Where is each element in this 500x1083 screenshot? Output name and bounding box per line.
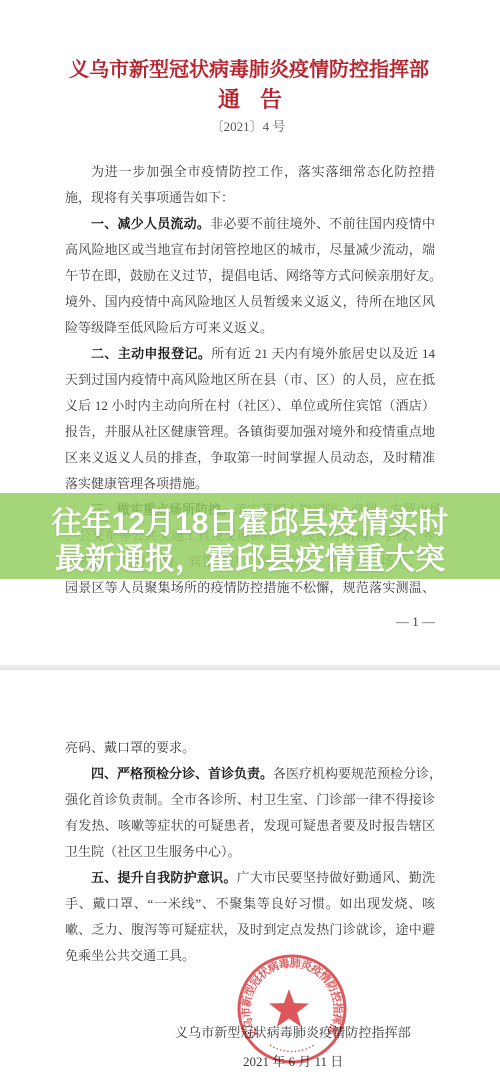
line-text: 落实健康管理各项措施。 [65,476,208,491]
line-text: 天到过国内疫情中高风险地区所在县（市、区）的人员，应在抵 [65,372,435,387]
headline-text: 往年12月18日霍邱县疫情实时 最新通报，霍邱县疫情重大突 [0,493,500,578]
official-seal: 义乌市新型冠状病毒肺炎疫情防控指挥部 [236,953,348,1065]
body-line: 义后 12 小时内主动向所在村（社区）、单位或所住宾馆（酒店） [65,393,435,419]
body-line: 手、戴口罩、“一米线”、不聚集等良好习惯。如出现发烧、咳 [65,891,435,917]
line-text: 施，现将有关事项通告如下： [65,190,234,205]
headline-banner[interactable]: 往年12月18日霍邱县疫情实时 最新通报，霍邱县疫情重大突 [0,493,500,579]
document-type-heading: 通告 [0,87,500,113]
line-text: 非必要不前往境外、不前往国内疫情中 [210,216,435,231]
body-line: 嗽、乏力、腹泻等可疑症状，及时到定点发热门诊就诊，途中避 [65,917,435,943]
body-line: 强化首诊负责制。全市各诊所、村卫生室、门诊部一律不得接诊 [65,787,435,813]
section-heading: 一、减少人员流动。 [91,216,210,231]
body-line: 一、减少人员流动。非必要不前往境外、不前往国内疫情中 [65,211,435,237]
line-text: 区来义返义人员的排查，争取第一时间掌握人员动态，及时精准 [65,450,435,465]
document-page-2: 亮码、戴口罩的要求。 四、严格预检分诊、首诊负责。各医疗机构要规范预检分诊， 强… [0,670,500,1083]
line-text: 嗽、乏力、腹泻等可疑症状，及时到定点发热门诊就诊，途中避 [65,922,435,937]
headline-line-2: 最新通报，霍邱县疫情重大突 [0,542,500,578]
line-text: 义后 12 小时内主动向所在村（社区）、单位或所住宾馆（酒店） [65,398,435,413]
document-number: 〔2021〕4 号 [0,119,496,135]
line-text: 高风险地区或当地宣布封闭管控地区的城市，尽量减少流动，端 [65,242,435,257]
body-line: 有发热、咳嗽等症状的可疑患者，发现可疑患者要及时报告辖区 [65,813,435,839]
body-line: 午节在即，鼓励在义过节，提倡电话、网络等方式问候亲朋好友。 [65,263,435,289]
line-text: 境外、国内疫情中高风险地区人员暂缓来义返义，待所在地区风 [65,294,435,309]
star-icon [269,989,309,1027]
body-line: 四、严格预检分诊、首诊负责。各医疗机构要规范预检分诊， [65,761,435,787]
line-text: 为进一步加强全市疫情防控工作，落实落细常态化防控措 [91,164,435,179]
body-line: 亮码、戴口罩的要求。 [65,735,435,761]
body-line: 天到过国内疫情中高风险地区所在县（市、区）的人员，应在抵 [65,367,435,393]
headline-line-1: 往年12月18日霍邱县疫情实时 [0,506,500,542]
line-text: 手、戴口罩、“一米线”、不聚集等良好习惯。如出现发烧、咳 [65,896,435,911]
body-line: 境外、国内疫情中高风险地区人员暂缓来义返义，待所在地区风 [65,289,435,315]
body-line: 五、提升自我防护意识。广大市民要坚持做好勤通风、勤洗 [65,865,435,891]
body-line: 施，现将有关事项通告如下： [65,185,435,211]
section-heading: 五、提升自我防护意识。 [91,870,237,885]
line-text: 午节在即，鼓励在义过节，提倡电话、网络等方式问候亲朋好友。 [65,268,442,283]
body-line: 高风险地区或当地宣布封闭管控地区的城市，尽量减少流动，端 [65,237,435,263]
line-text: 亮码、戴口罩的要求。 [65,740,195,755]
body-line: 二、主动申报登记。所有近 21 天内有境外旅居史以及近 14 [65,341,435,367]
seal-serial-marks [270,1045,314,1052]
body-text: 亮码、戴口罩的要求。 四、严格预检分诊、首诊负责。各医疗机构要规范预检分诊， 强… [65,735,435,969]
line-text: 有发热、咳嗽等症状的可疑患者，发现可疑患者要及时报告辖区 [65,818,435,833]
section-heading: 四、严格预检分诊、首诊负责。 [91,766,273,781]
line-text: 所有近 21 天内有境外旅居史以及近 14 [211,346,435,361]
section-heading: 二、主动申报登记。 [91,346,211,361]
line-text: 卫生院（社区卫生服务中心）。 [65,844,241,859]
line-text: 强化首诊负责制。全市各诊所、村卫生室、门诊部一律不得接诊 [65,792,435,807]
line-text: 广大市民要坚持做好勤通风、勤洗 [237,870,435,885]
line-text: 险等级降至低风险后方可来义返义。 [65,320,273,335]
line-text: 园景区等人员聚集场所的疫情防控措施不松懈，规范落实测温、 [65,580,435,595]
body-line: 区来义返义人员的排查，争取第一时间掌握人员动态，及时精准 [65,445,435,471]
body-line: 为进一步加强全市疫情防控工作，落实落细常态化防控措 [65,159,435,185]
body-line: 卫生院（社区卫生服务中心）。 [65,839,435,865]
body-line: 报告，并服从社区健康管理。各镇街要加强对境外和疫情重点地 [65,419,435,445]
page-number: — 1 — [396,614,435,630]
line-text: 报告，并服从社区健康管理。各镇街要加强对境外和疫情重点地 [65,424,435,439]
line-text: 各医疗机构要规范预检分诊， [273,766,442,781]
line-text: 免乘坐公共交通工具。 [65,948,195,963]
body-line: 险等级降至低风险后方可来义返义。 [65,315,435,341]
issuer-title: 义乌市新型冠状病毒肺炎疫情防控指挥部 [0,57,498,81]
